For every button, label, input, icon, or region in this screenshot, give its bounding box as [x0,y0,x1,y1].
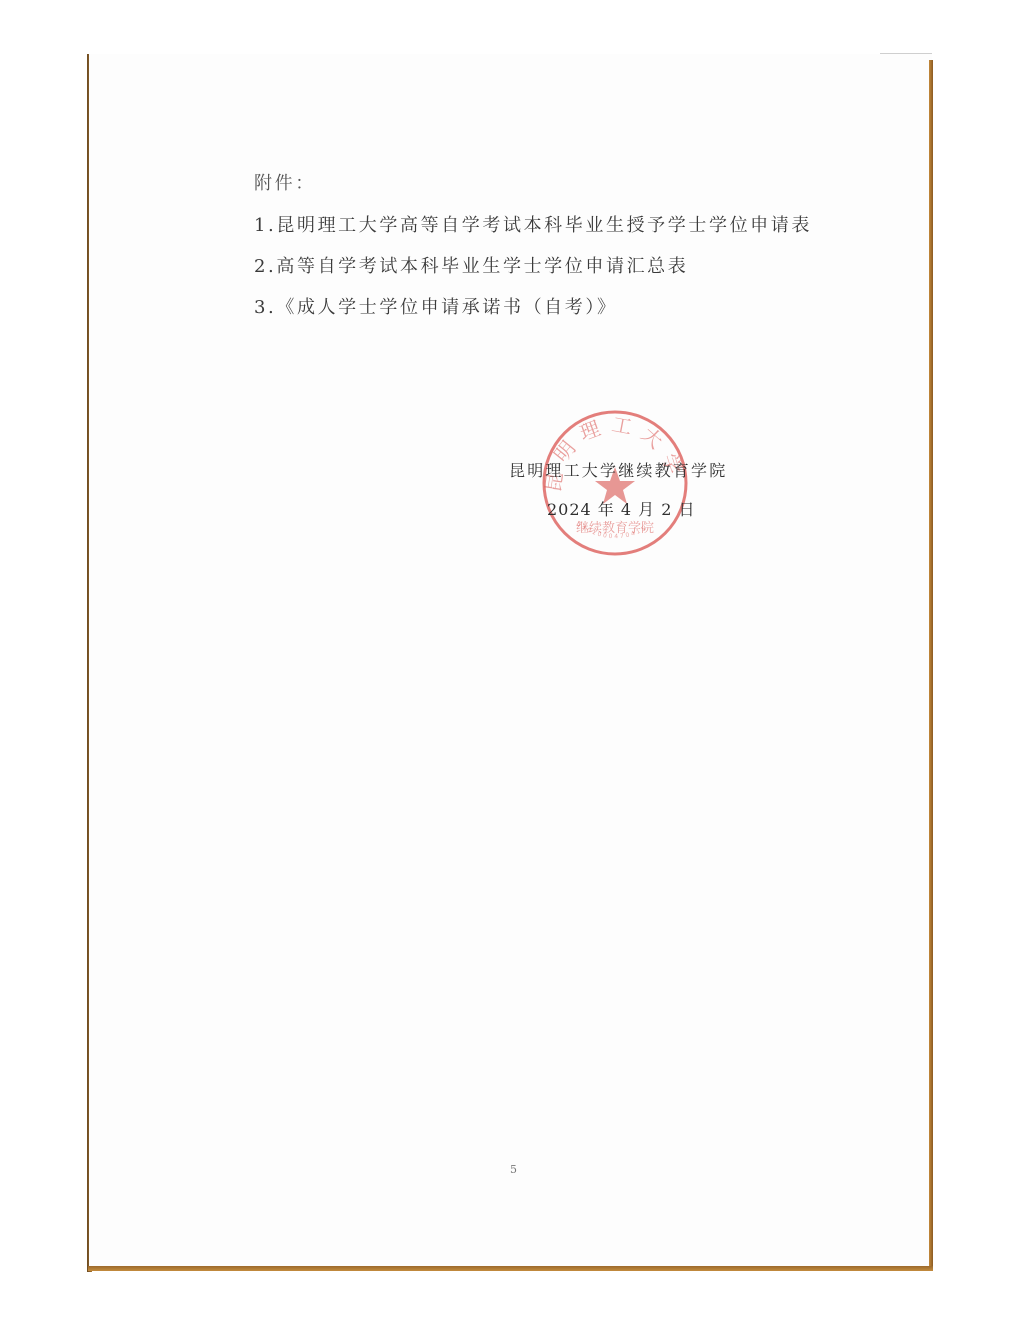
attachment-item: 3.《成人学士学位申请承诺书（自考）》 [254,296,812,320]
attachments-section: 附件： 1.昆明理工大学高等自学考试本科毕业生授予学士学位申请表 2.高等自学考… [254,172,812,337]
attachments-heading: 附件： [254,172,812,196]
signature-block: 昆明理工大学继续教育学院 2024 年 4 月 2 日 [509,460,727,521]
paper-edge-right [929,60,933,1270]
attachment-item: 1.昆明理工大学高等自学考试本科毕业生授予学士学位申请表 [254,214,812,238]
issuing-organization: 昆明理工大学继续教育学院 [509,460,727,482]
page-number: 5 [510,1163,517,1176]
attachment-item: 2.高等自学考试本科毕业生学士学位申请汇总表 [254,255,812,279]
issue-date: 2024 年 4 月 2 日 [547,499,727,521]
paper-edge-bottom [88,1266,933,1271]
